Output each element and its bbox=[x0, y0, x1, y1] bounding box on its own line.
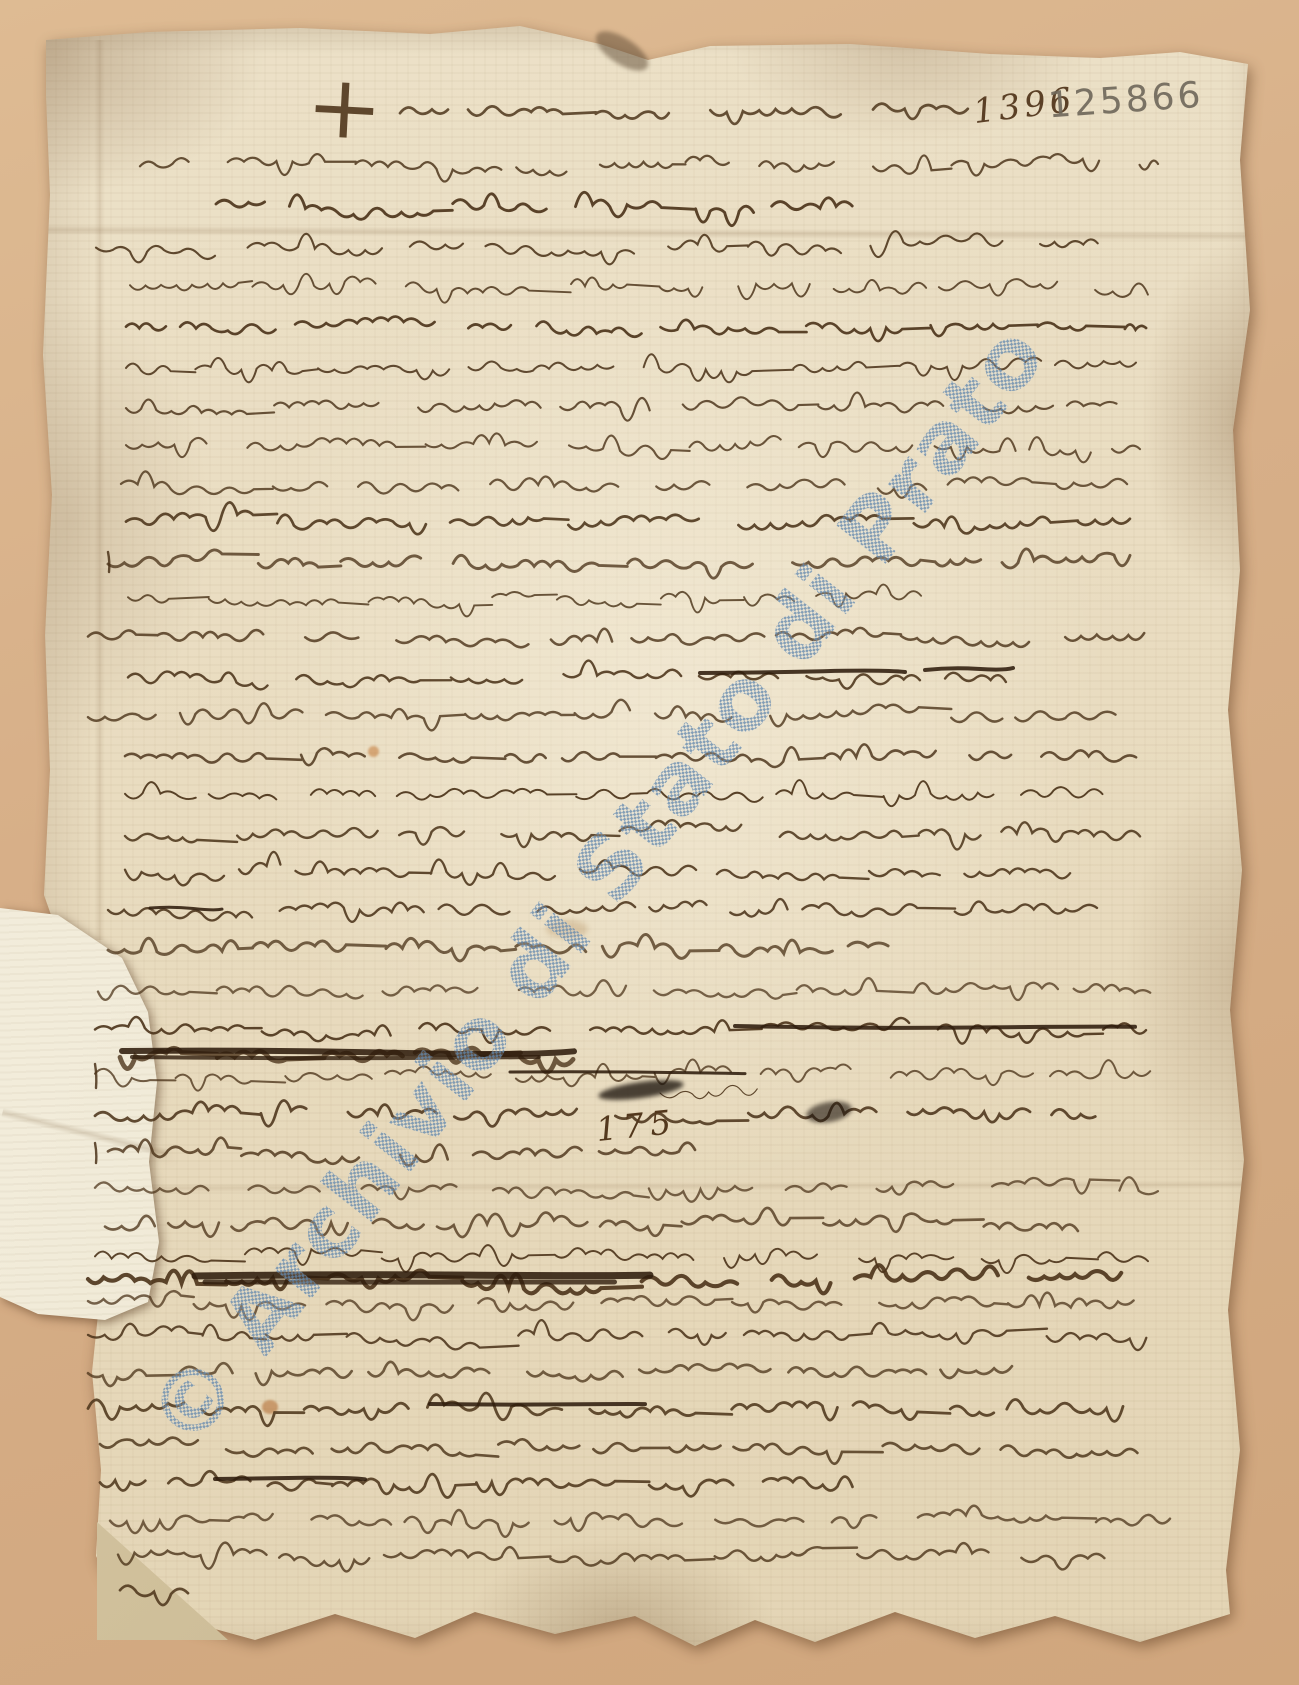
invocation-cross: + bbox=[303, 55, 385, 161]
loose-paper-flap bbox=[0, 0, 1299, 1685]
manuscript-scan: + 1396 125866 175 © Archivio di Stato di… bbox=[0, 0, 1299, 1685]
loose-paper-flap-surface bbox=[0, 0, 1299, 1685]
